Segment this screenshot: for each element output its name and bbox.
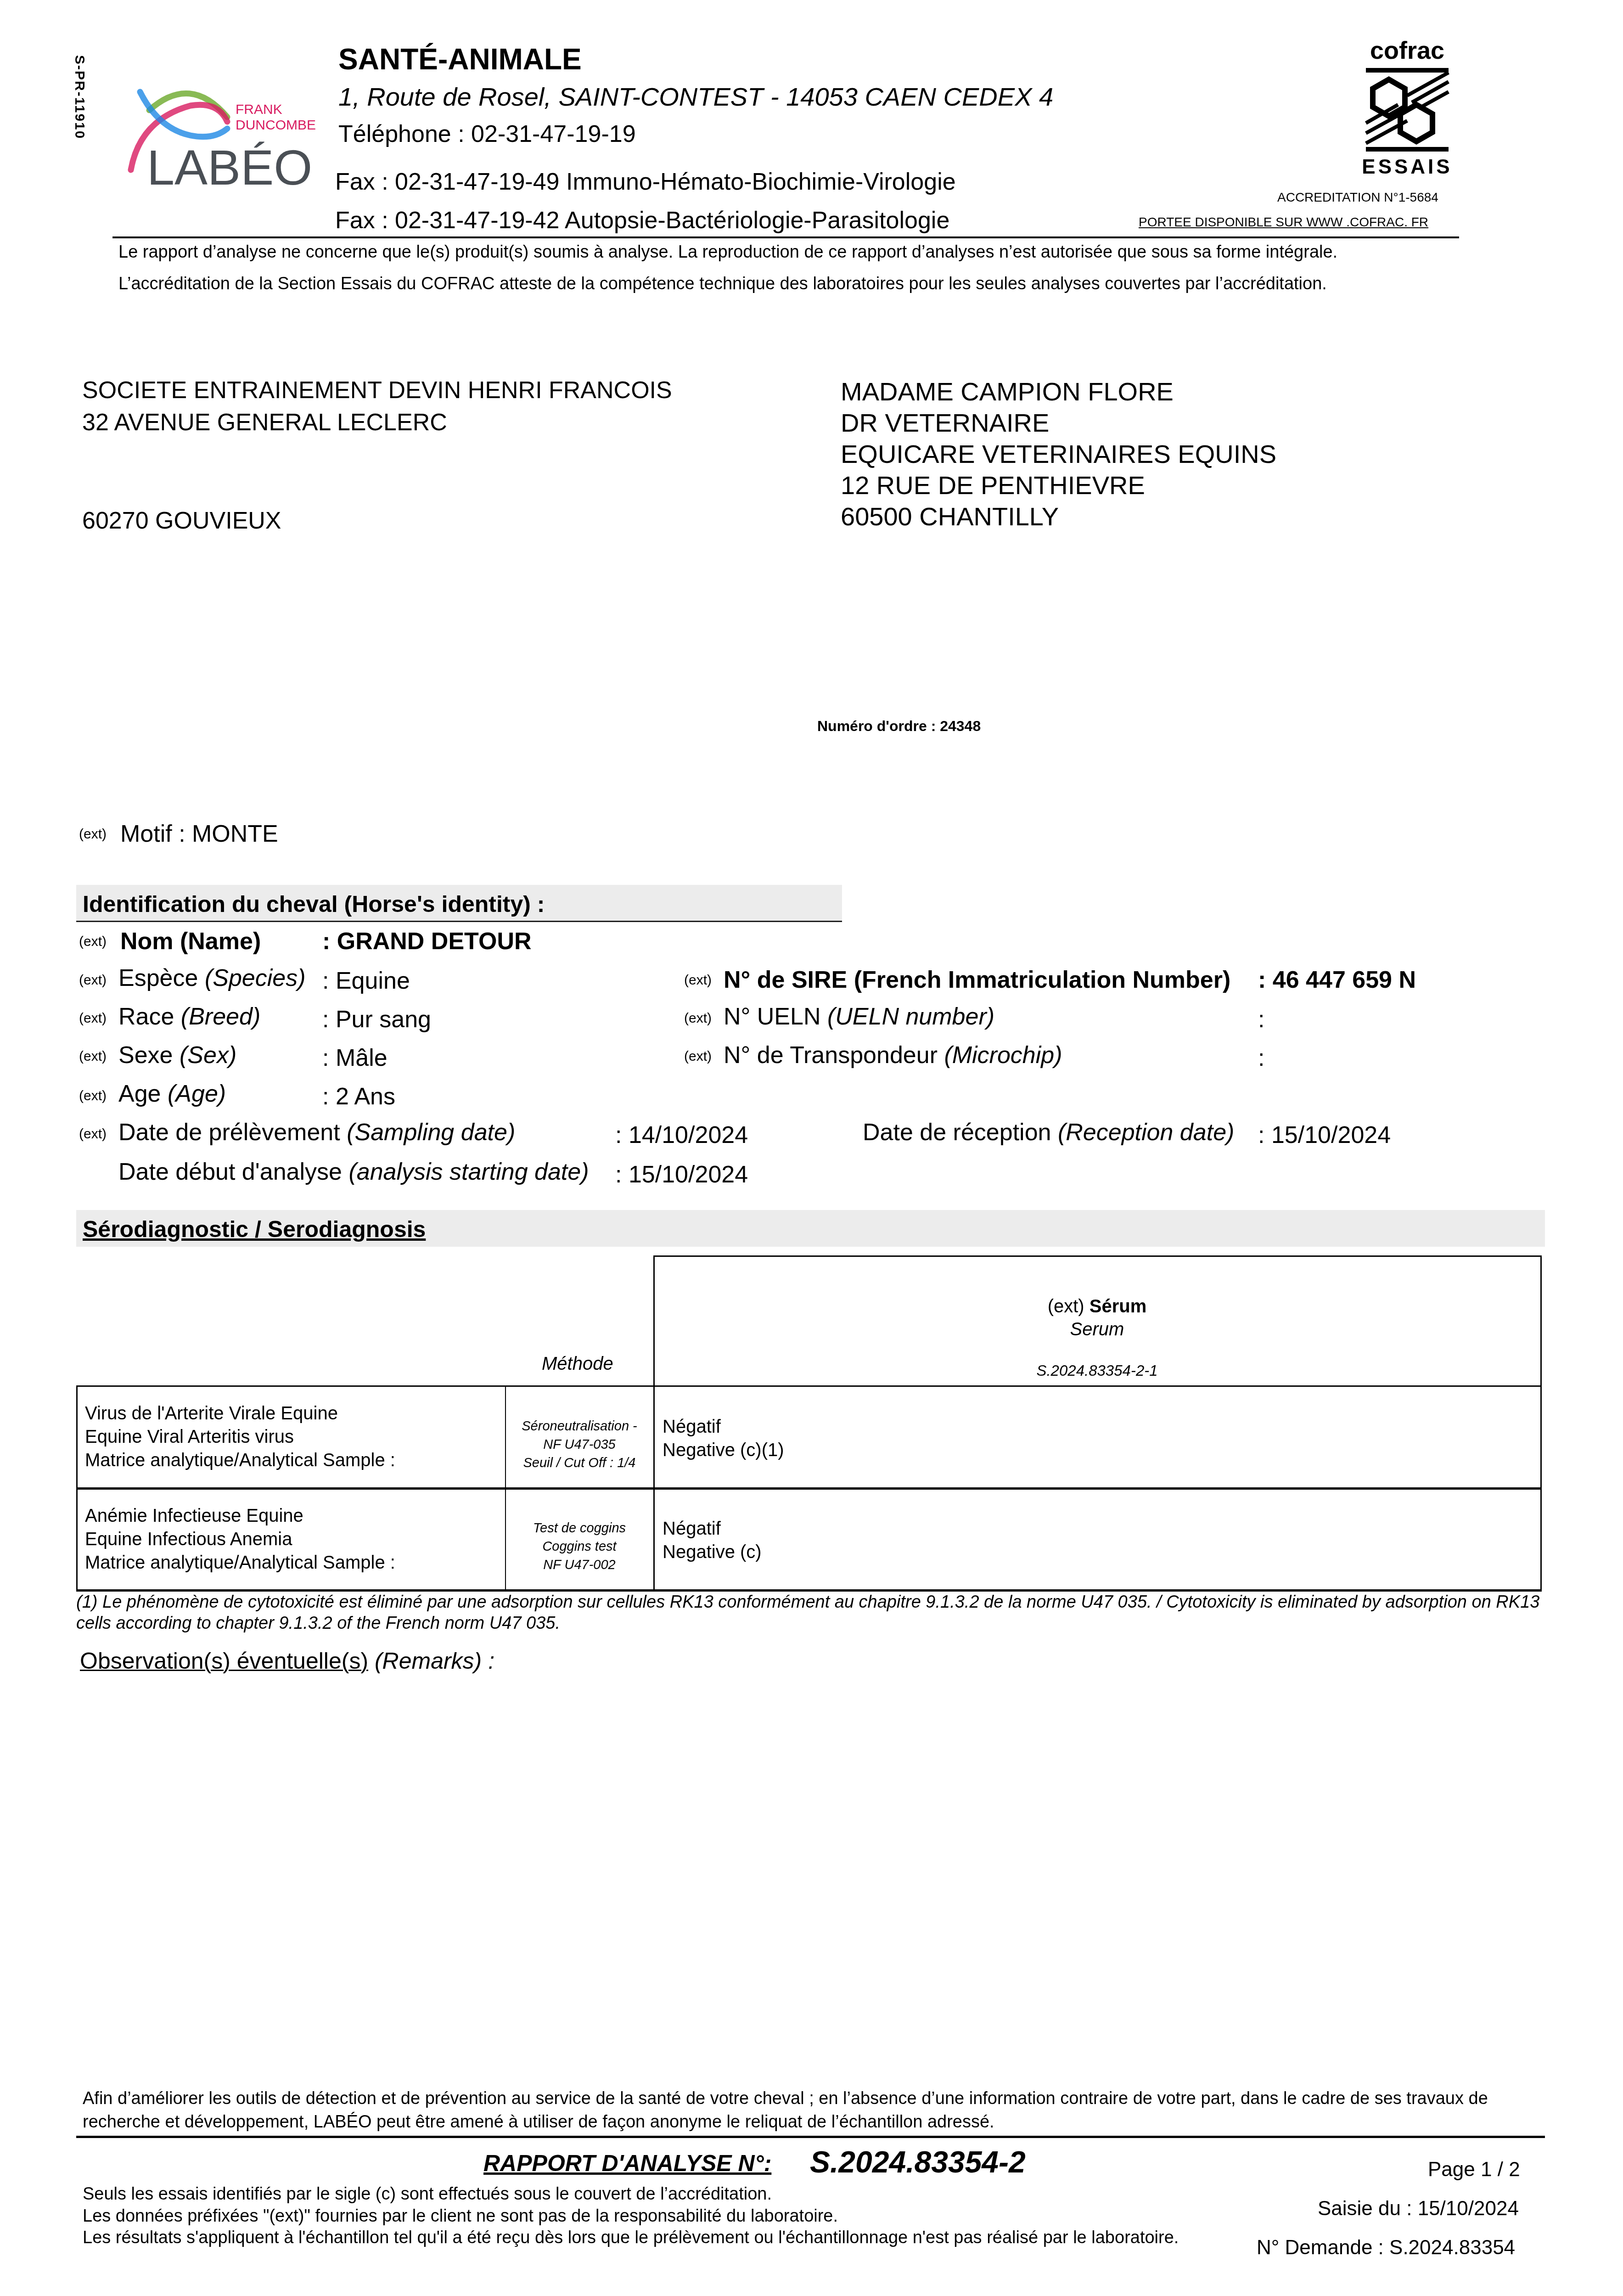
analysis-date-value: : 15/10/2024 [615, 1161, 748, 1188]
method-line: Seuil / Cut Off : 1/4 [506, 1454, 653, 1472]
sender-line: SOCIETE ENTRAINEMENT DEVIN HENRI FRANCOI… [82, 377, 672, 404]
footer-note: Seuls les essais identifiés par le sigle… [83, 2184, 772, 2204]
reception-date-value: : 15/10/2024 [1258, 1121, 1391, 1149]
identity-section-title: Identification du cheval (Horse's identi… [83, 891, 545, 917]
labeo-logo: FRANK DUNCOMBE LABÉO [122, 78, 324, 193]
footer-divider [76, 2136, 1545, 2138]
footer-note: Les données préfixées "(ext)" fournies p… [83, 2206, 838, 2226]
analysis-date-label: Date début d'analyse (analysis starting … [118, 1158, 589, 1186]
ext-tag: (ext) [79, 1049, 107, 1064]
lab-title: SANTÉ-ANIMALE [338, 42, 582, 76]
method-column-header: Méthode [542, 1354, 613, 1374]
breed-value: : Pur sang [322, 1006, 431, 1033]
recipient-line: 12 RUE DE PENTHIEVRE [841, 470, 1145, 500]
reception-date-label: Date de réception (Reception date) [863, 1119, 1234, 1146]
analyte-en: Equine Viral Arteritis virus [85, 1425, 395, 1449]
lab-fax-autopsie: Fax : 02-31-47-19-42 Autopsie-Bactériolo… [335, 207, 949, 234]
breed-label-fr: Race [118, 1003, 174, 1030]
ext-tag: (ext) [684, 1011, 712, 1026]
report-label: RAPPORT D'ANALYSE N°: [483, 2150, 771, 2177]
recipient-line: EQUICARE VETERINAIRES EQUINS [841, 439, 1276, 469]
reception-label-fr: Date de réception [863, 1119, 1051, 1146]
svg-text:FRANK: FRANK [236, 102, 282, 117]
table-row-method: Test de coggins Coggins test NF U47-002 [506, 1519, 653, 1574]
analysis-label-en: (analysis starting date) [348, 1159, 589, 1185]
species-label-fr: Espèce [118, 965, 198, 991]
disclaimer-accreditation: L’accréditation de la Section Essais du … [118, 274, 1327, 294]
age-label-en: (Age) [168, 1080, 226, 1107]
labeo-swoosh-icon: FRANK DUNCOMBE LABÉO [122, 78, 324, 193]
sex-label-en: (Sex) [180, 1042, 236, 1069]
cofrac-logo: cofrac ESSAIS [1361, 40, 1453, 178]
sire-value: : 46 447 659 N [1258, 966, 1416, 994]
species-value: : Equine [322, 967, 410, 995]
age-value: : 2 Ans [322, 1083, 395, 1110]
sender-line: 60270 GOUVIEUX [82, 507, 281, 535]
ext-tag: (ext) [79, 934, 107, 950]
age-label-fr: Age [118, 1080, 161, 1107]
analyte-fr: Anémie Infectieuse Equine [85, 1504, 395, 1528]
sire-label: N° de SIRE (French Immatriculation Numbe… [724, 966, 1230, 994]
table-row-analyte: Virus de l'Arterite Virale Equine Equine… [85, 1402, 395, 1472]
request-number: N° Demande : S.2024.83354 [1257, 2236, 1515, 2259]
footer-note: Les résultats s'appliquent à l'échantill… [83, 2228, 1179, 2248]
sex-label: Sexe (Sex) [118, 1041, 236, 1069]
svg-text:DUNCOMBE: DUNCOMBE [236, 118, 316, 133]
age-label: Age (Age) [118, 1080, 226, 1108]
method-line: Séroneutralisation - [506, 1417, 653, 1435]
microchip-label: N° de Transpondeur (Microchip) [724, 1041, 1062, 1069]
analyte-fr: Virus de l'Arterite Virale Equine [85, 1402, 395, 1425]
result-en: Negative (c)(1) [663, 1439, 784, 1462]
sampling-date-value: : 14/10/2024 [615, 1121, 748, 1149]
table-row-analyte: Anémie Infectieuse Equine Equine Infecti… [85, 1504, 395, 1575]
research-notice: Afin d’améliorer les outils de détection… [83, 2087, 1538, 2134]
result-en: Negative (c) [663, 1541, 762, 1564]
ext-tag: (ext) [684, 973, 712, 988]
serodiagnosis-section-title: Sérodiagnostic / Serodiagnosis [83, 1216, 426, 1243]
breed-label: Race (Breed) [118, 1003, 260, 1030]
sampling-label-fr: Date de prélèvement [118, 1119, 340, 1146]
table-row-method: Séroneutralisation - NF U47-035 Seuil / … [506, 1417, 653, 1472]
analyte-en: Equine Infectious Anemia [85, 1528, 395, 1551]
method-line: NF U47-035 [506, 1435, 653, 1454]
ext-tag: (ext) [79, 827, 107, 842]
motif: Motif : MONTE [120, 820, 278, 848]
remarks-label: Observation(s) éventuelle(s) (Remarks) : [80, 1648, 494, 1674]
remarks-label-fr: Observation(s) éventuelle(s) [80, 1648, 368, 1674]
sender-line: 32 AVENUE GENERAL LECLERC [82, 409, 447, 436]
result-fr: Négatif [663, 1517, 762, 1541]
page-number: Page 1 / 2 [1428, 2158, 1520, 2181]
cofrac-scope-link[interactable]: PORTEE DISPONIBLE SUR WWW .COFRAC. FR [1139, 215, 1428, 230]
document-code: S-PR-11910 [72, 55, 87, 139]
microchip-label-fr: N° de Transpondeur [724, 1042, 938, 1069]
ueln-label-en: (UELN number) [827, 1003, 994, 1030]
method-line: Coggins test [506, 1537, 653, 1556]
ext-tag: (ext) [1048, 1296, 1084, 1317]
ueln-value: : [1258, 1006, 1264, 1033]
sampling-label-en: (Sampling date) [347, 1119, 515, 1146]
ext-tag: (ext) [684, 1049, 712, 1064]
recipient-line: MADAME CAMPION FLORE [841, 377, 1174, 406]
svg-text:LABÉO: LABÉO [147, 140, 312, 193]
footnote-cytotoxicity: (1) Le phénomène de cytotoxicité est éli… [76, 1592, 1545, 1634]
table-row-result: Négatif Negative (c)(1) [663, 1415, 784, 1462]
name-label: Nom (Name) [120, 928, 261, 955]
microchip-label-en: (Microchip) [944, 1042, 1062, 1069]
sample-id: S.2024.83354-2-1 [653, 1362, 1541, 1379]
method-line: NF U47-002 [506, 1556, 653, 1574]
ueln-label-fr: N° UELN [724, 1003, 821, 1030]
disclaimer-reproduction: Le rapport d’analyse ne concerne que le(… [118, 242, 1337, 262]
entry-date: Saisie du : 15/10/2024 [1318, 2197, 1519, 2220]
remarks-label-en: (Remarks) : [375, 1648, 494, 1674]
analytical-sample-label: Matrice analytique/Analytical Sample : [85, 1449, 395, 1472]
ext-tag: (ext) [79, 1126, 107, 1142]
reception-label-en: (Reception date) [1058, 1119, 1234, 1146]
svg-text:cofrac: cofrac [1370, 40, 1444, 64]
lab-phone: Téléphone : 02-31-47-19-19 [338, 120, 636, 148]
breed-label-en: (Breed) [181, 1003, 260, 1030]
result-fr: Négatif [663, 1415, 784, 1439]
recipient-line: 60500 CHANTILLY [841, 501, 1059, 531]
analytical-sample-label: Matrice analytique/Analytical Sample : [85, 1551, 395, 1575]
sample-column-header: (ext) Sérum Serum [653, 1295, 1541, 1341]
ext-tag: (ext) [79, 1011, 107, 1026]
table-row-result: Négatif Negative (c) [663, 1517, 762, 1564]
microchip-value: : [1258, 1044, 1264, 1072]
sex-label-fr: Sexe [118, 1042, 173, 1069]
species-label-en: (Species) [205, 965, 306, 991]
recipient-line: DR VETERNAIRE [841, 408, 1049, 438]
sampling-date-label: Date de prélèvement (Sampling date) [118, 1119, 515, 1146]
sex-value: : Mâle [322, 1044, 387, 1072]
analysis-label-fr: Date début d'analyse [118, 1159, 342, 1185]
accreditation-number: ACCREDITATION N°1-5684 [1277, 190, 1438, 205]
ext-tag: (ext) [79, 973, 107, 988]
lab-address: 1, Route de Rosel, SAINT-CONTEST - 14053… [338, 82, 1053, 112]
report-number: S.2024.83354-2 [810, 2144, 1026, 2179]
lab-fax-immuno: Fax : 02-31-47-19-49 Immuno-Hémato-Bioch… [335, 168, 956, 196]
sample-type-en: Serum [653, 1318, 1541, 1341]
order-number: Numéro d'ordre : 24348 [817, 718, 981, 735]
svg-text:ESSAIS: ESSAIS [1362, 156, 1452, 178]
name-value: : GRAND DETOUR [322, 928, 531, 955]
cofrac-essais-icon: cofrac ESSAIS [1361, 40, 1453, 178]
species-label: Espèce (Species) [118, 964, 306, 992]
method-line: Test de coggins [506, 1519, 653, 1537]
ueln-label: N° UELN (UELN number) [724, 1003, 994, 1030]
sample-type: Sérum [1089, 1296, 1147, 1317]
header-divider [112, 236, 1459, 238]
ext-tag: (ext) [79, 1088, 107, 1104]
